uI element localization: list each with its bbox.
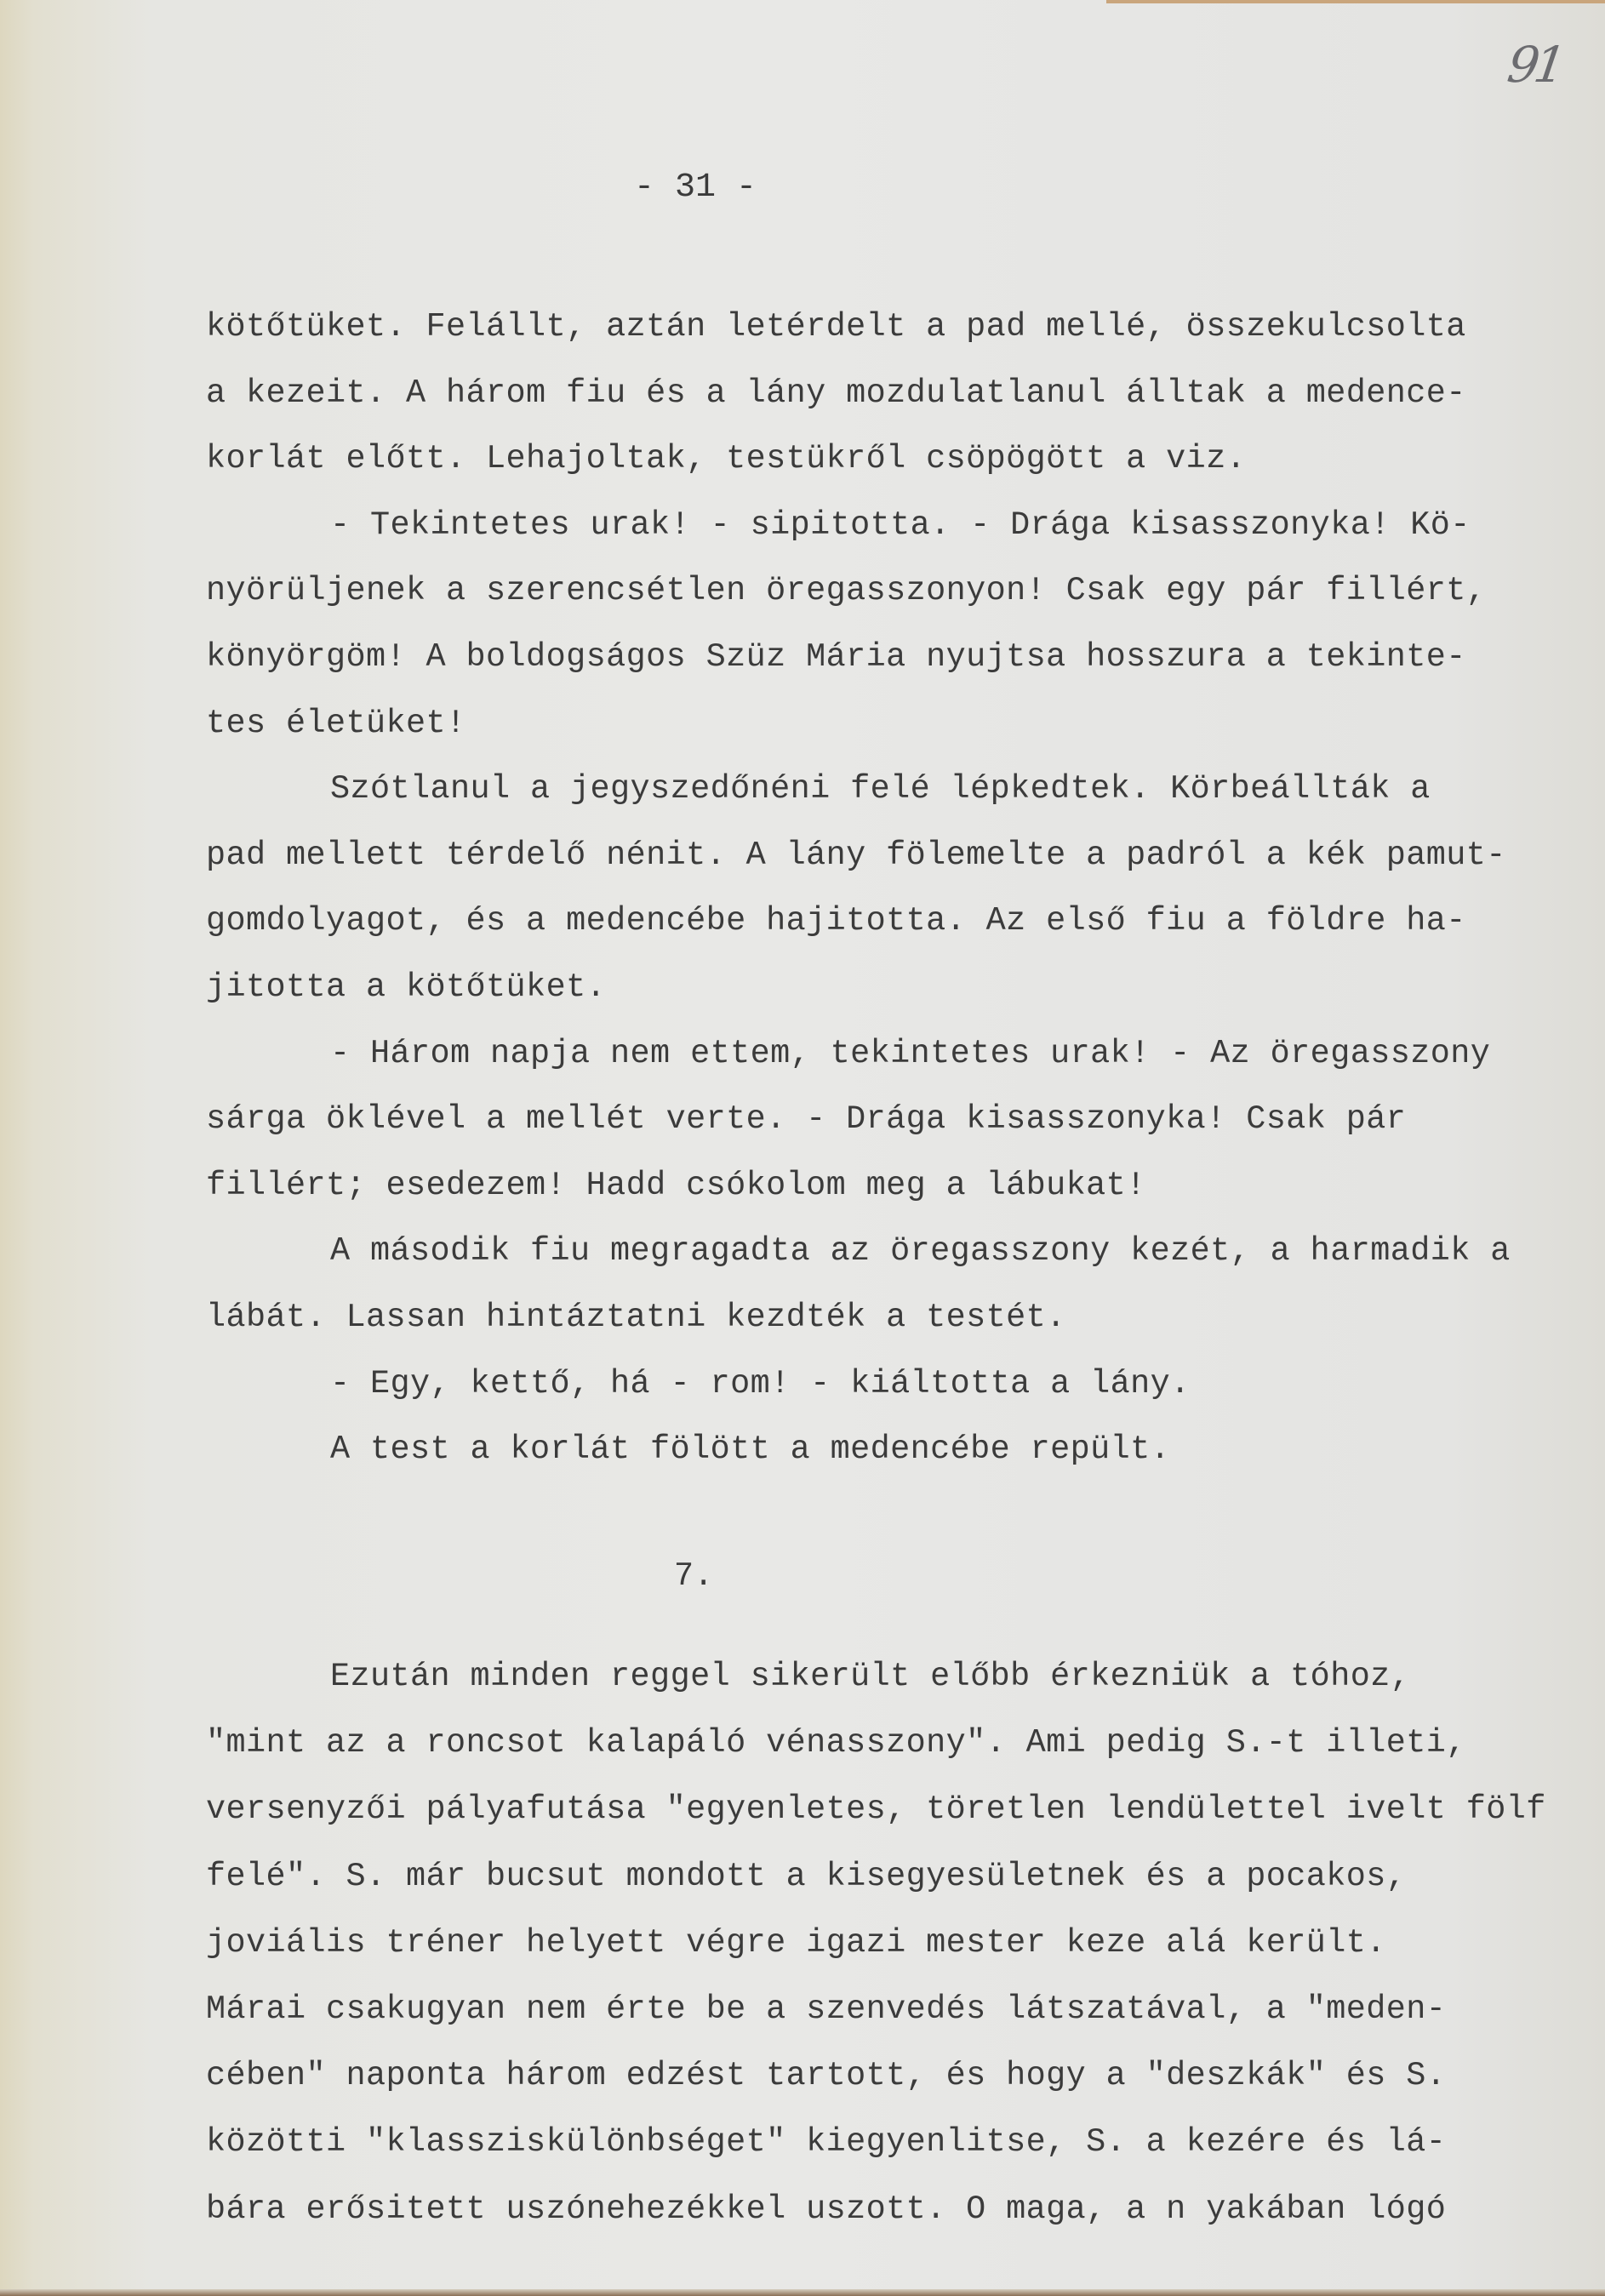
paper-edge-bottom <box>0 2289 1605 2296</box>
archive-number-handwritten: 91 <box>1504 36 1564 94</box>
text-line: közötti "klassziskülönbséget" kiegyenlit… <box>206 2123 1446 2161</box>
text-line: könyörgöm! A boldogságos Szüz Mária nyuj… <box>206 638 1466 676</box>
paper-edge-top <box>1106 0 1605 3</box>
typewritten-page: 91 - 31 - kötőtüket. Felállt, aztán leté… <box>0 0 1605 2296</box>
text-line: sárga öklével a mellét verte. - Drága ki… <box>206 1100 1406 1138</box>
page-number: - 31 - <box>634 168 757 207</box>
text-line: gomdolyagot, és a medencébe hajitotta. A… <box>206 902 1466 940</box>
text-line: - Három napja nem ettem, tekintetes urak… <box>330 1035 1490 1072</box>
text-line: nyörüljenek a szerencsétlen öregasszonyo… <box>206 572 1486 609</box>
text-line: joviális tréner helyett végre igazi mest… <box>206 1924 1386 1962</box>
text-line: korlát előtt. Lehajoltak, testükről csöp… <box>206 440 1246 477</box>
text-line: bára erősitett uszónehezékkel uszott. O … <box>206 2190 1446 2228</box>
text-line: Márai csakugyan nem érte be a szenvedés … <box>206 1990 1446 2028</box>
text-line: versenyzői pályafutása "egyenletes, töre… <box>206 1791 1546 1828</box>
text-line: A test a korlát fölött a medencébe repül… <box>330 1431 1170 1468</box>
text-line: kötőtüket. Felállt, aztán letérdelt a pa… <box>206 308 1466 346</box>
text-line: a kezeit. A három fiu és a lány mozdulat… <box>206 374 1466 412</box>
text-line: "mint az a roncsot kalapáló vénasszony".… <box>206 1724 1466 1762</box>
text-line: tes életüket! <box>206 705 466 742</box>
text-line: jitotta a kötőtüket. <box>206 968 606 1006</box>
text-line: A második fiu megragadta az öregasszony … <box>330 1232 1511 1270</box>
text-line: Szótlanul a jegyszedőnéni felé lépkedtek… <box>330 770 1431 808</box>
section-heading: 7. <box>674 1557 713 1595</box>
text-line: - Tekintetes urak! - sipitotta. - Drága … <box>330 506 1471 544</box>
text-line: fillért; esedezem! Hadd csókolom meg a l… <box>206 1167 1146 1204</box>
text-line: pad mellett térdelő nénit. A lány föleme… <box>206 837 1506 874</box>
text-line: - Egy, kettő, há - rom! - kiáltotta a lá… <box>330 1365 1191 1402</box>
text-line: felé". S. már bucsut mondott a kisegyesü… <box>206 1858 1406 1895</box>
text-line: lábát. Lassan hintáztatni kezdték a test… <box>206 1299 1066 1336</box>
text-line: Ezután minden reggel sikerült előbb érke… <box>330 1658 1410 1695</box>
text-line: cében" naponta három edzést tartott, és … <box>206 2057 1446 2094</box>
